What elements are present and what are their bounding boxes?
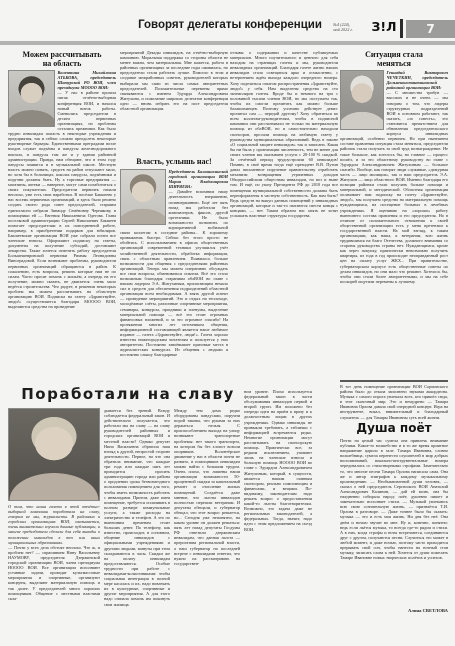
- article-porabotali-caption-column: О том, что наша газета в этой отчётно-вы…: [8, 504, 100, 618]
- headline-line-2: на область: [8, 59, 116, 68]
- article-porabotali-caption-continuation: — Почти у всех дела обстоят неплохо. Что…: [8, 545, 100, 601]
- article-porabotali-col-1: дывается без трений. Всюду соблюдается ф…: [104, 408, 170, 618]
- issue-date: май 2022 г.: [333, 27, 373, 32]
- newspaper-logo: З!Л: [370, 19, 398, 34]
- section-separator-rule: [340, 380, 448, 382]
- page-number-badge: 7: [406, 20, 455, 38]
- section-title: Говорят делегаты конференции: [110, 19, 350, 31]
- masthead-divider: [400, 19, 403, 38]
- portrait-photo-atkova: [8, 70, 55, 127]
- article-situacia-headline: Ситуация стала меняться: [340, 50, 448, 68]
- headline-line-2: меняться: [340, 59, 448, 68]
- article-dusha-byline: Алина СВЕТЛОВА: [340, 608, 448, 613]
- portrait-photo-shiryaeva: [120, 169, 166, 225]
- issue-info: №4 (224), май 2022 г.: [333, 22, 373, 32]
- article-dusha-lead: В тот день помещение организации ВОИ Сор…: [340, 384, 448, 420]
- article-porabotali-col-2: Между тем дома редко оборудованы пандуса…: [174, 408, 240, 618]
- article-mozhem-column: Валентина Михайловна АТЬКОВА, председате…: [8, 70, 116, 384]
- article-porabotali-headline: Поработали на славу: [8, 386, 248, 402]
- article-situacia-column: Геннадий Викторович ЧЕЧЕТКИН, председате…: [340, 70, 448, 378]
- article-vlast-column: Председатель Балашихинской городской орг…: [120, 169, 228, 384]
- article-dusha-headline: Душа поёт: [340, 422, 448, 435]
- article-porabotali-col-3: ном уровне. Плохо используется федеральн…: [244, 389, 312, 618]
- article-vlast-continuation: отзывы о содержании и качестве публикуем…: [230, 50, 338, 384]
- photo-naumova: [8, 408, 100, 501]
- article-mozhem-headline: Можем рассчитывать на область: [8, 50, 116, 68]
- headline-line-1: Можем рассчитывать: [8, 50, 116, 59]
- article-mozhem-continuation: мероприятий Декады инвалидов, на отчётно…: [120, 50, 228, 154]
- newspaper-page: Говорят делегаты конференции №4 (224), м…: [0, 0, 455, 646]
- article-vlast-headline: Власть, услышь нас!: [120, 157, 228, 166]
- portrait-photo-chechetkin: [340, 70, 384, 130]
- page-number: 7: [426, 22, 434, 36]
- article-dusha-body: Почти на целый час сумела она привлечь в…: [340, 438, 448, 606]
- masthead-rule: [0, 41, 455, 45]
- photo-caption: О том, что наша газета в этой отчётно-вы…: [8, 504, 100, 545]
- headline-line-1: Ситуация стала: [340, 50, 448, 59]
